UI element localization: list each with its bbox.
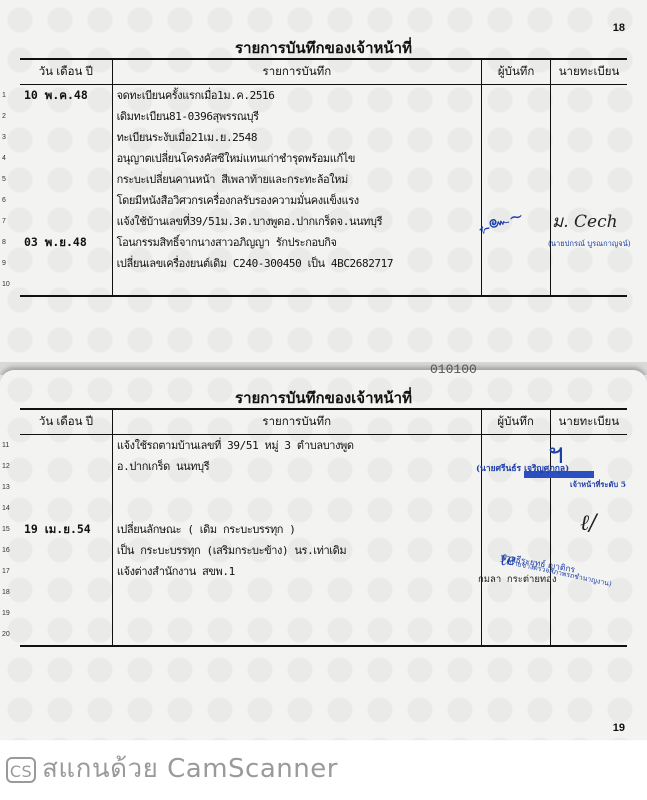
registrar-signature: ℓ/ (580, 510, 597, 536)
record-date (20, 193, 24, 207)
line-number: 3 (2, 127, 6, 148)
record-date (20, 627, 24, 641)
record-entry-line: กระบะเปลี่ยนคานหน้า สีเพลาท้ายและกระทะล้… (113, 169, 482, 190)
line-number: 11 (2, 435, 9, 456)
recorder-name: กมลา กระต่ายทอง (478, 572, 557, 587)
record-date: 19 เม.ย.54 (20, 522, 91, 536)
record-date (20, 172, 24, 186)
date-line: 4 (20, 148, 112, 169)
record-date: 10 พ.ค.48 (20, 88, 88, 102)
column-header-registrar: นายทะเบียน (550, 409, 627, 435)
record-date (20, 564, 24, 578)
record-entry-line (113, 603, 481, 624)
record-date: 03 พ.ย.48 (20, 235, 87, 249)
date-line: 3 (20, 127, 112, 148)
record-date (20, 277, 24, 291)
line-number: 20 (2, 624, 10, 645)
officer-stamp-name: (นายศรีนธ์ร เจริญศุภกุล) (476, 461, 569, 475)
line-number: 16 (2, 540, 10, 561)
record-entry-line (113, 274, 482, 295)
camscanner-watermark: CSสแกนด้วย CamScanner (6, 748, 338, 789)
watermark-text: สแกนด้วย CamScanner (42, 754, 338, 784)
line-number: 17 (2, 561, 10, 582)
registrar-name: (นายปกรณ์ บูรณกาญจน์) (548, 238, 631, 250)
record-entry-line (113, 498, 481, 519)
record-page-18: 18 รายการบันทึกของเจ้าหน้าที่ วัน เดือน … (0, 0, 647, 362)
serial-number: 010100 (430, 362, 477, 377)
line-number: 9 (2, 253, 6, 274)
officer-records-table: วัน เดือน ปี รายการบันทึก ผู้บันทึก นายท… (20, 408, 627, 647)
record-entry-line: จดทะเบียนครั้งแรกเมื่อ1ม.ค.2516 (113, 85, 482, 106)
date-line: 803 พ.ย.48 (20, 232, 112, 253)
record-entry-line: อ.ปากเกร็ด นนทบุรี (113, 456, 481, 477)
date-line: 13 (20, 477, 112, 498)
date-line: 14 (20, 498, 112, 519)
record-entry-line: แจ้งใช้รถตามบ้านเลขที่ 39/51 หมู่ 3 ตำบล… (113, 435, 481, 456)
line-number: 12 (2, 456, 10, 477)
line-number: 5 (2, 169, 6, 190)
page-number: 18 (613, 22, 625, 34)
record-date (20, 501, 24, 515)
date-line: 1519 เม.ย.54 (20, 519, 112, 540)
record-date (20, 543, 24, 557)
record-date (20, 151, 24, 165)
record-entry-line: เปลี่ยนเลขเครื่องยนต์เดิม C240-300450 เป… (113, 253, 482, 274)
entry-column: จดทะเบียนครั้งแรกเมื่อ1ม.ค.2516เดิมทะเบี… (112, 85, 482, 297)
date-line: 9 (20, 253, 112, 274)
date-line: 2 (20, 106, 112, 127)
column-header-date: วัน เดือน ปี (20, 59, 112, 85)
record-entry-line: โดยมีหนังสือวิศวกรเครื่องกลรับรองความมั่… (113, 190, 482, 211)
line-number: 10 (2, 274, 10, 295)
record-entry-line (113, 477, 481, 498)
column-header-entry: รายการบันทึก (112, 59, 482, 85)
record-entry-line (113, 624, 481, 645)
officer-records-table: วัน เดือน ปี รายการบันทึก ผู้บันทึก นายท… (20, 58, 627, 297)
column-header-entry: รายการบันทึก (112, 409, 481, 435)
date-line: 19 (20, 603, 112, 624)
date-line: 18 (20, 582, 112, 603)
column-header-recorder: ผู้บันทึก (481, 409, 550, 435)
record-entry-line (113, 582, 481, 603)
officer-stamp-title: เจ้าหน้าที่ระดับ 5 (570, 479, 626, 491)
entry-column: แจ้งใช้รถตามบ้านเลขที่ 39/51 หมู่ 3 ตำบล… (112, 435, 481, 647)
page-number: 19 (613, 722, 625, 734)
record-entry-line: ทะเบียนระงับเมื่อ21เม.ย.2548 (113, 127, 482, 148)
line-number: 2 (2, 106, 6, 127)
record-date (20, 214, 24, 228)
record-date (20, 459, 24, 473)
date-line: 10 (20, 274, 112, 295)
date-line: 17 (20, 561, 112, 582)
record-entry-line: เป็น กระบะบรรทุก (เสริมกระบะข้าง) นร.เท่… (113, 540, 481, 561)
record-date (20, 480, 24, 494)
date-line: 16 (20, 540, 112, 561)
record-page-19: รายการบันทึกของเจ้าหน้าที่ วัน เดือน ปี … (0, 370, 647, 740)
line-number: 4 (2, 148, 6, 169)
line-number: 19 (2, 603, 10, 624)
record-date (20, 438, 24, 452)
line-number: 18 (2, 582, 10, 603)
line-number: 1 (2, 85, 6, 106)
record-entry-line: แจ้งใช้บ้านเลขที่39/51ม.3ต.บางพูดอ.ปากเก… (113, 211, 482, 232)
date-line: 110 พ.ค.48 (20, 85, 112, 106)
column-header-date: วัน เดือน ปี (20, 409, 112, 435)
recorder-column (482, 85, 551, 297)
column-header-recorder: ผู้บันทึก (482, 59, 551, 85)
record-date (20, 606, 24, 620)
record-entry-line: เปลี่ยนลักษณะ ( เดิม กระบะบรรทุก ) (113, 519, 481, 540)
line-number: 14 (2, 498, 10, 519)
column-header-registrar: นายทะเบียน (551, 59, 627, 85)
recorder-signature: ℓe (500, 550, 516, 570)
record-entry-line: โอนกรรมสิทธิ์จากนางสาวอภิญญา รักประกอบกิ… (113, 232, 482, 253)
date-column: 110 พ.ค.48234567803 พ.ย.48910 (20, 85, 112, 297)
line-number: 8 (2, 232, 6, 253)
record-date (20, 130, 24, 144)
cs-logo-icon: CS (6, 757, 36, 783)
date-line: 5 (20, 169, 112, 190)
registrar-signature: ม. Cech (552, 208, 618, 235)
record-date (20, 585, 24, 599)
date-column: 111213141519 เม.ย.541617181920 (20, 435, 112, 647)
line-number: 7 (2, 211, 6, 232)
date-line: 12 (20, 456, 112, 477)
line-number: 15 (2, 519, 10, 540)
section-title: รายการบันทึกของเจ้าหน้าที่ (0, 36, 647, 60)
date-line: 6 (20, 190, 112, 211)
line-number: 13 (2, 477, 10, 498)
record-entry-line: แจ้งต่างสำนักงาน สขพ.1 (113, 561, 481, 582)
record-entry-line: อนุญาตเปลี่ยนโครงคัสซีใหม่แทนเก่าชำรุดพร… (113, 148, 482, 169)
date-line: 11 (20, 435, 112, 456)
record-entry-line: เดิมทะเบียน81-0396สุพรรณบุรี (113, 106, 482, 127)
date-line: 20 (20, 624, 112, 645)
section-title: รายการบันทึกของเจ้าหน้าที่ (0, 386, 647, 410)
record-date (20, 256, 24, 270)
date-line: 7 (20, 211, 112, 232)
line-number: 6 (2, 190, 6, 211)
record-date (20, 109, 24, 123)
registrar-column (551, 85, 627, 297)
